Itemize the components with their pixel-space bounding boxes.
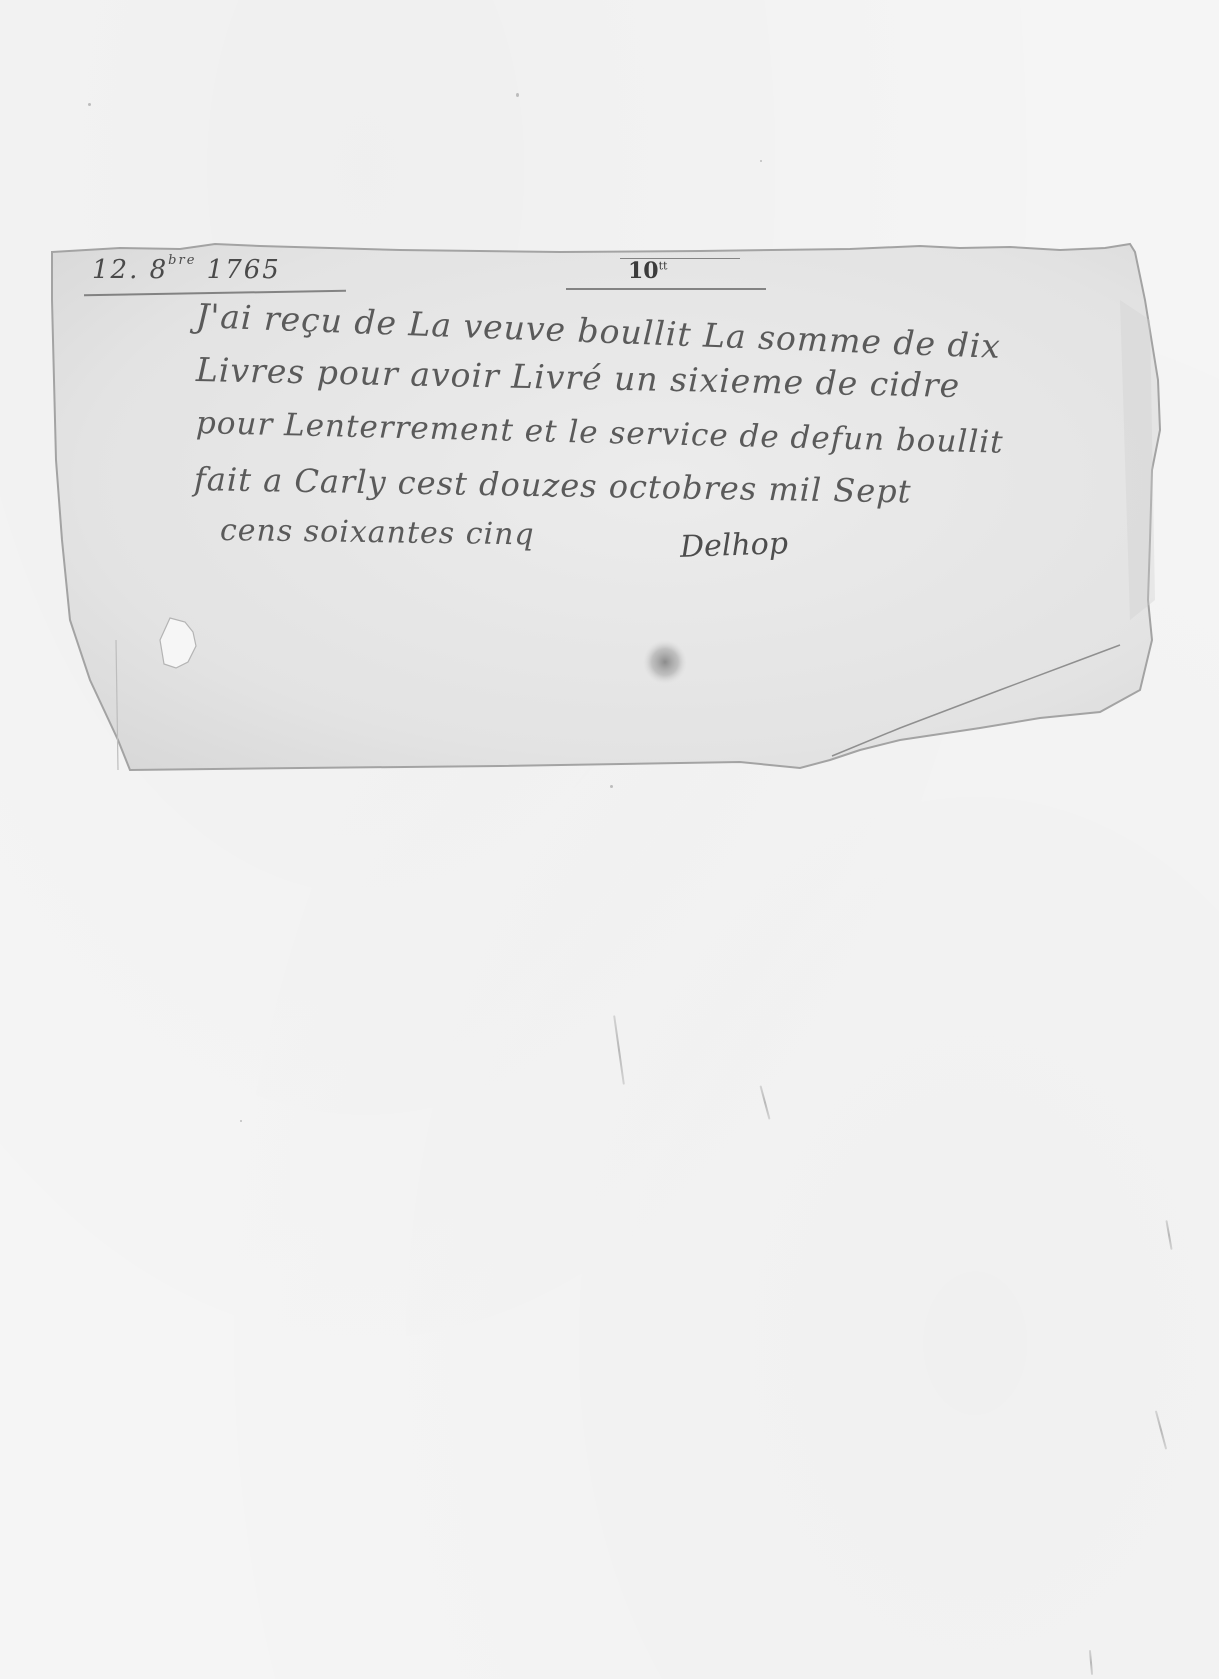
date-month: 8	[150, 255, 169, 285]
dust-speck	[610, 785, 613, 788]
dust-speck	[516, 93, 519, 97]
amount-underline	[566, 288, 766, 290]
amount-value: 10	[628, 258, 659, 284]
amount-unit: tt	[659, 260, 668, 273]
date-year: 1765	[207, 255, 281, 285]
date-month-superscript: bre	[168, 253, 196, 268]
dust-speck	[760, 160, 762, 162]
amount-note: 10tt	[628, 258, 667, 284]
date-note: 12. 8bre 1765	[92, 255, 281, 285]
signature: Delhop	[679, 526, 788, 565]
date-day: 12.	[92, 255, 139, 285]
dust-speck	[240, 1120, 242, 1122]
dust-speck	[88, 103, 91, 106]
scan-background	[0, 0, 1219, 1679]
receipt-line-5: cens soixantes cinq	[220, 513, 535, 552]
